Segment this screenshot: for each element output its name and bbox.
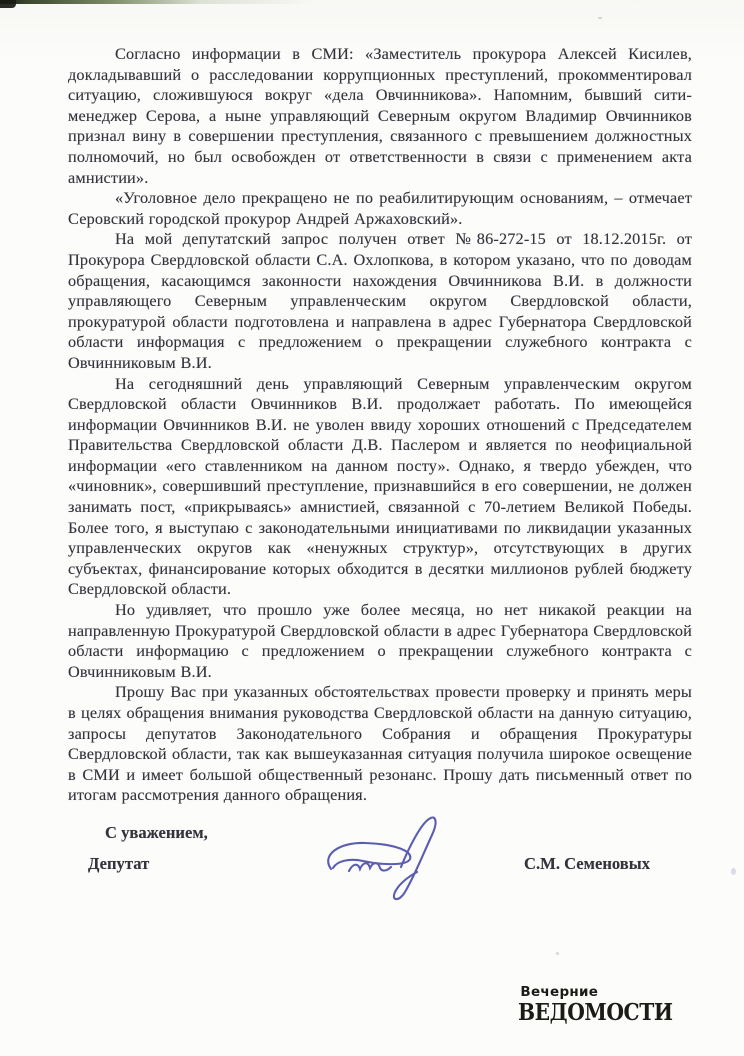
letter-paragraph-4: На сегодняшний день управляющий Северным…	[68, 374, 692, 601]
scanned-letter-page: Согласно информации в СМИ: «Заместитель …	[0, 0, 744, 1056]
signer-name: С.М. Семеновых	[524, 854, 650, 874]
newspaper-logo-line1: Вечерние	[520, 986, 694, 1000]
scan-speck	[556, 952, 559, 955]
newspaper-logo: Вечерние ВЕДОМОСТИ	[518, 986, 694, 1024]
scan-artifact-strip	[0, 0, 310, 4]
scan-speck	[598, 17, 602, 19]
letter-paragraph-3: На мой депутатский запрос получен ответ …	[68, 229, 692, 373]
signer-role: Депутат	[88, 854, 149, 874]
closing-salutation: С уважением,	[105, 823, 692, 843]
letter-paragraph-2: «Уголовное дело прекращено не по реабили…	[68, 188, 692, 229]
scan-artifact-corner	[0, 0, 16, 8]
scan-speck	[731, 868, 736, 875]
letter-paragraph-5: Но удивляет, что прошло уже более месяца…	[68, 600, 692, 682]
closing-block: С уважением, Депутат С.М. Семеновых	[68, 823, 692, 874]
letter-body: Согласно информации в СМИ: «Заместитель …	[68, 44, 692, 874]
newspaper-logo-line2: ВЕДОМОСТИ	[518, 1001, 673, 1024]
letter-paragraph-6: Прошу Вас при указанных обстоятельствах …	[68, 682, 692, 806]
letter-paragraph-1: Согласно информации в СМИ: «Заместитель …	[68, 44, 692, 188]
